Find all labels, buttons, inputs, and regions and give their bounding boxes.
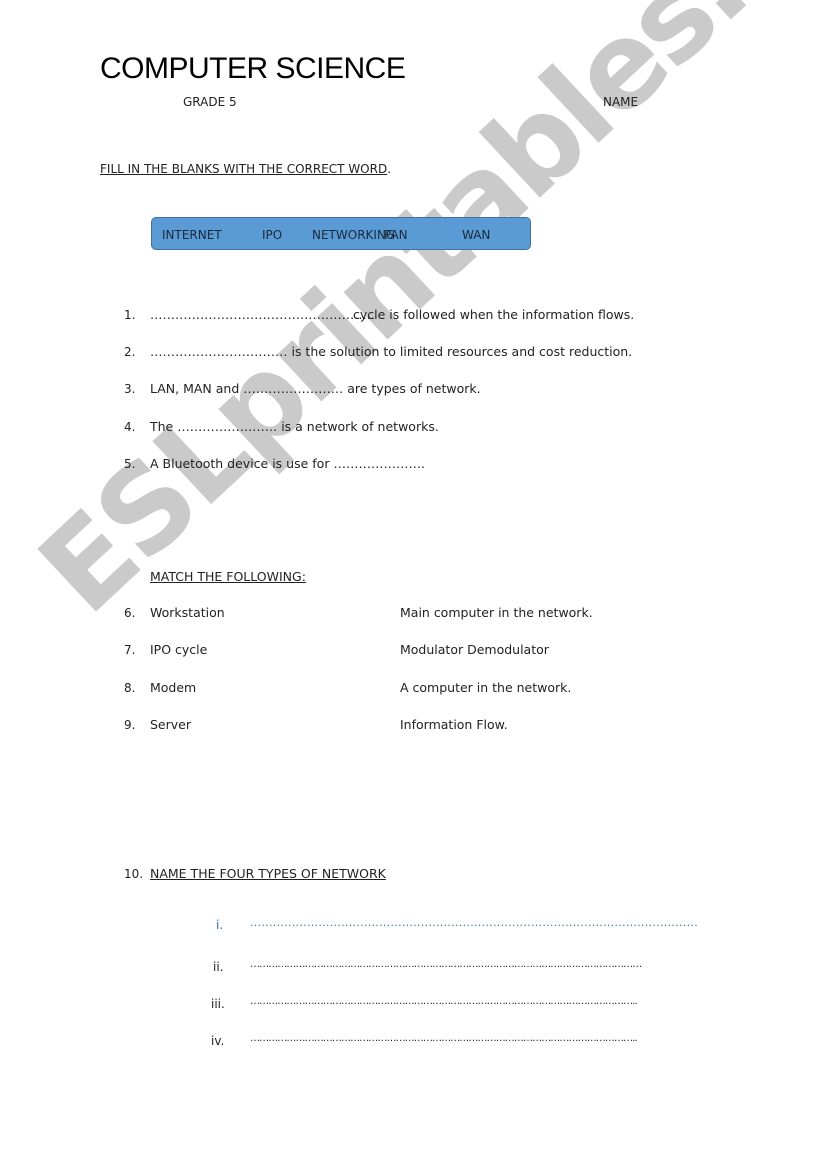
question-number: 3. <box>124 382 135 396</box>
question-5-prefix: A Bluetooth device is use for <box>150 456 333 471</box>
question-1-text: cycle is followed when the information f… <box>353 307 634 322</box>
match-right-item[interactable]: Information Flow. <box>400 717 508 732</box>
question-number: 5. <box>124 457 135 471</box>
answer-label: iv. <box>211 1034 224 1048</box>
match-left-item[interactable]: IPO cycle <box>150 642 207 657</box>
match-right-item[interactable]: Modulator Demodulator <box>400 642 549 657</box>
grade-label: GRADE 5 <box>183 95 237 109</box>
question-number: 1. <box>124 308 135 322</box>
question-3-blank[interactable]: …………………… <box>243 381 343 396</box>
question-4-prefix: The <box>150 419 177 434</box>
question-2-text: is the solution to limited resources and… <box>288 344 633 359</box>
match-number: 8. <box>124 681 135 695</box>
question-3-text: are types of network. <box>343 381 480 396</box>
match-left-item[interactable]: Server <box>150 717 191 732</box>
question-2-blank[interactable]: …………………………… <box>150 344 288 359</box>
word-bank-item: NETWORKING <box>312 228 395 242</box>
word-bank-item: WAN <box>462 228 490 242</box>
answer-line[interactable]: …………………………………………………………………………………………………………… <box>250 996 637 1007</box>
match-left-item[interactable]: Modem <box>150 680 196 695</box>
answer-label: ii. <box>213 960 223 974</box>
question-2: …………………………… is the solution to limited r… <box>150 344 632 359</box>
word-bank-item: IPO <box>262 228 282 242</box>
answer-label: i. <box>216 918 223 932</box>
page-title: COMPUTER SCIENCE <box>100 52 405 86</box>
name-label: NAME <box>603 95 638 109</box>
question-number: 10. <box>124 867 143 881</box>
instruction-text: FILL IN THE BLANKS WITH THE CORRECT WORD <box>100 162 387 176</box>
question-3-prefix: LAN, MAN and <box>150 381 243 396</box>
word-bank: INTERNET IPO NETWORKING PAN WAN <box>151 217 531 250</box>
match-number: 9. <box>124 718 135 732</box>
answer-line[interactable]: …………………………………………………………………………………………………………… <box>250 959 641 970</box>
match-right-item[interactable]: A computer in the network. <box>400 680 571 695</box>
match-left-item[interactable]: Workstation <box>150 605 225 620</box>
question-4-text: is a network of networks. <box>277 419 439 434</box>
question-4: The …………………… is a network of networks. <box>150 419 439 434</box>
question-5: A Bluetooth device is use for …………………. <box>150 456 425 471</box>
word-bank-item: PAN <box>384 228 408 242</box>
question-5-blank[interactable]: …………………. <box>333 456 424 471</box>
instruction-suffix: . <box>387 162 391 176</box>
match-number: 6. <box>124 606 135 620</box>
word-bank-item: INTERNET <box>162 228 222 242</box>
question-3: LAN, MAN and …………………… are types of netwo… <box>150 381 481 396</box>
network-types-heading: NAME THE FOUR TYPES OF NETWORK <box>150 866 386 881</box>
question-4-blank[interactable]: …………………… <box>177 419 277 434</box>
answer-label: iii. <box>211 997 225 1011</box>
question-1-blank[interactable]: ……………………………………………… <box>150 307 375 322</box>
match-heading: MATCH THE FOLLOWING: <box>150 569 306 584</box>
answer-line[interactable]: …………………………………………………………………………………………………………… <box>250 1033 637 1044</box>
question-number: 4. <box>124 420 135 434</box>
match-right-item[interactable]: Main computer in the network. <box>400 605 593 620</box>
question-number: 2. <box>124 345 135 359</box>
fill-blanks-instruction: FILL IN THE BLANKS WITH THE CORRECT WORD… <box>100 162 391 176</box>
answer-line[interactable]: ........................................… <box>250 916 698 929</box>
match-number: 7. <box>124 643 135 657</box>
